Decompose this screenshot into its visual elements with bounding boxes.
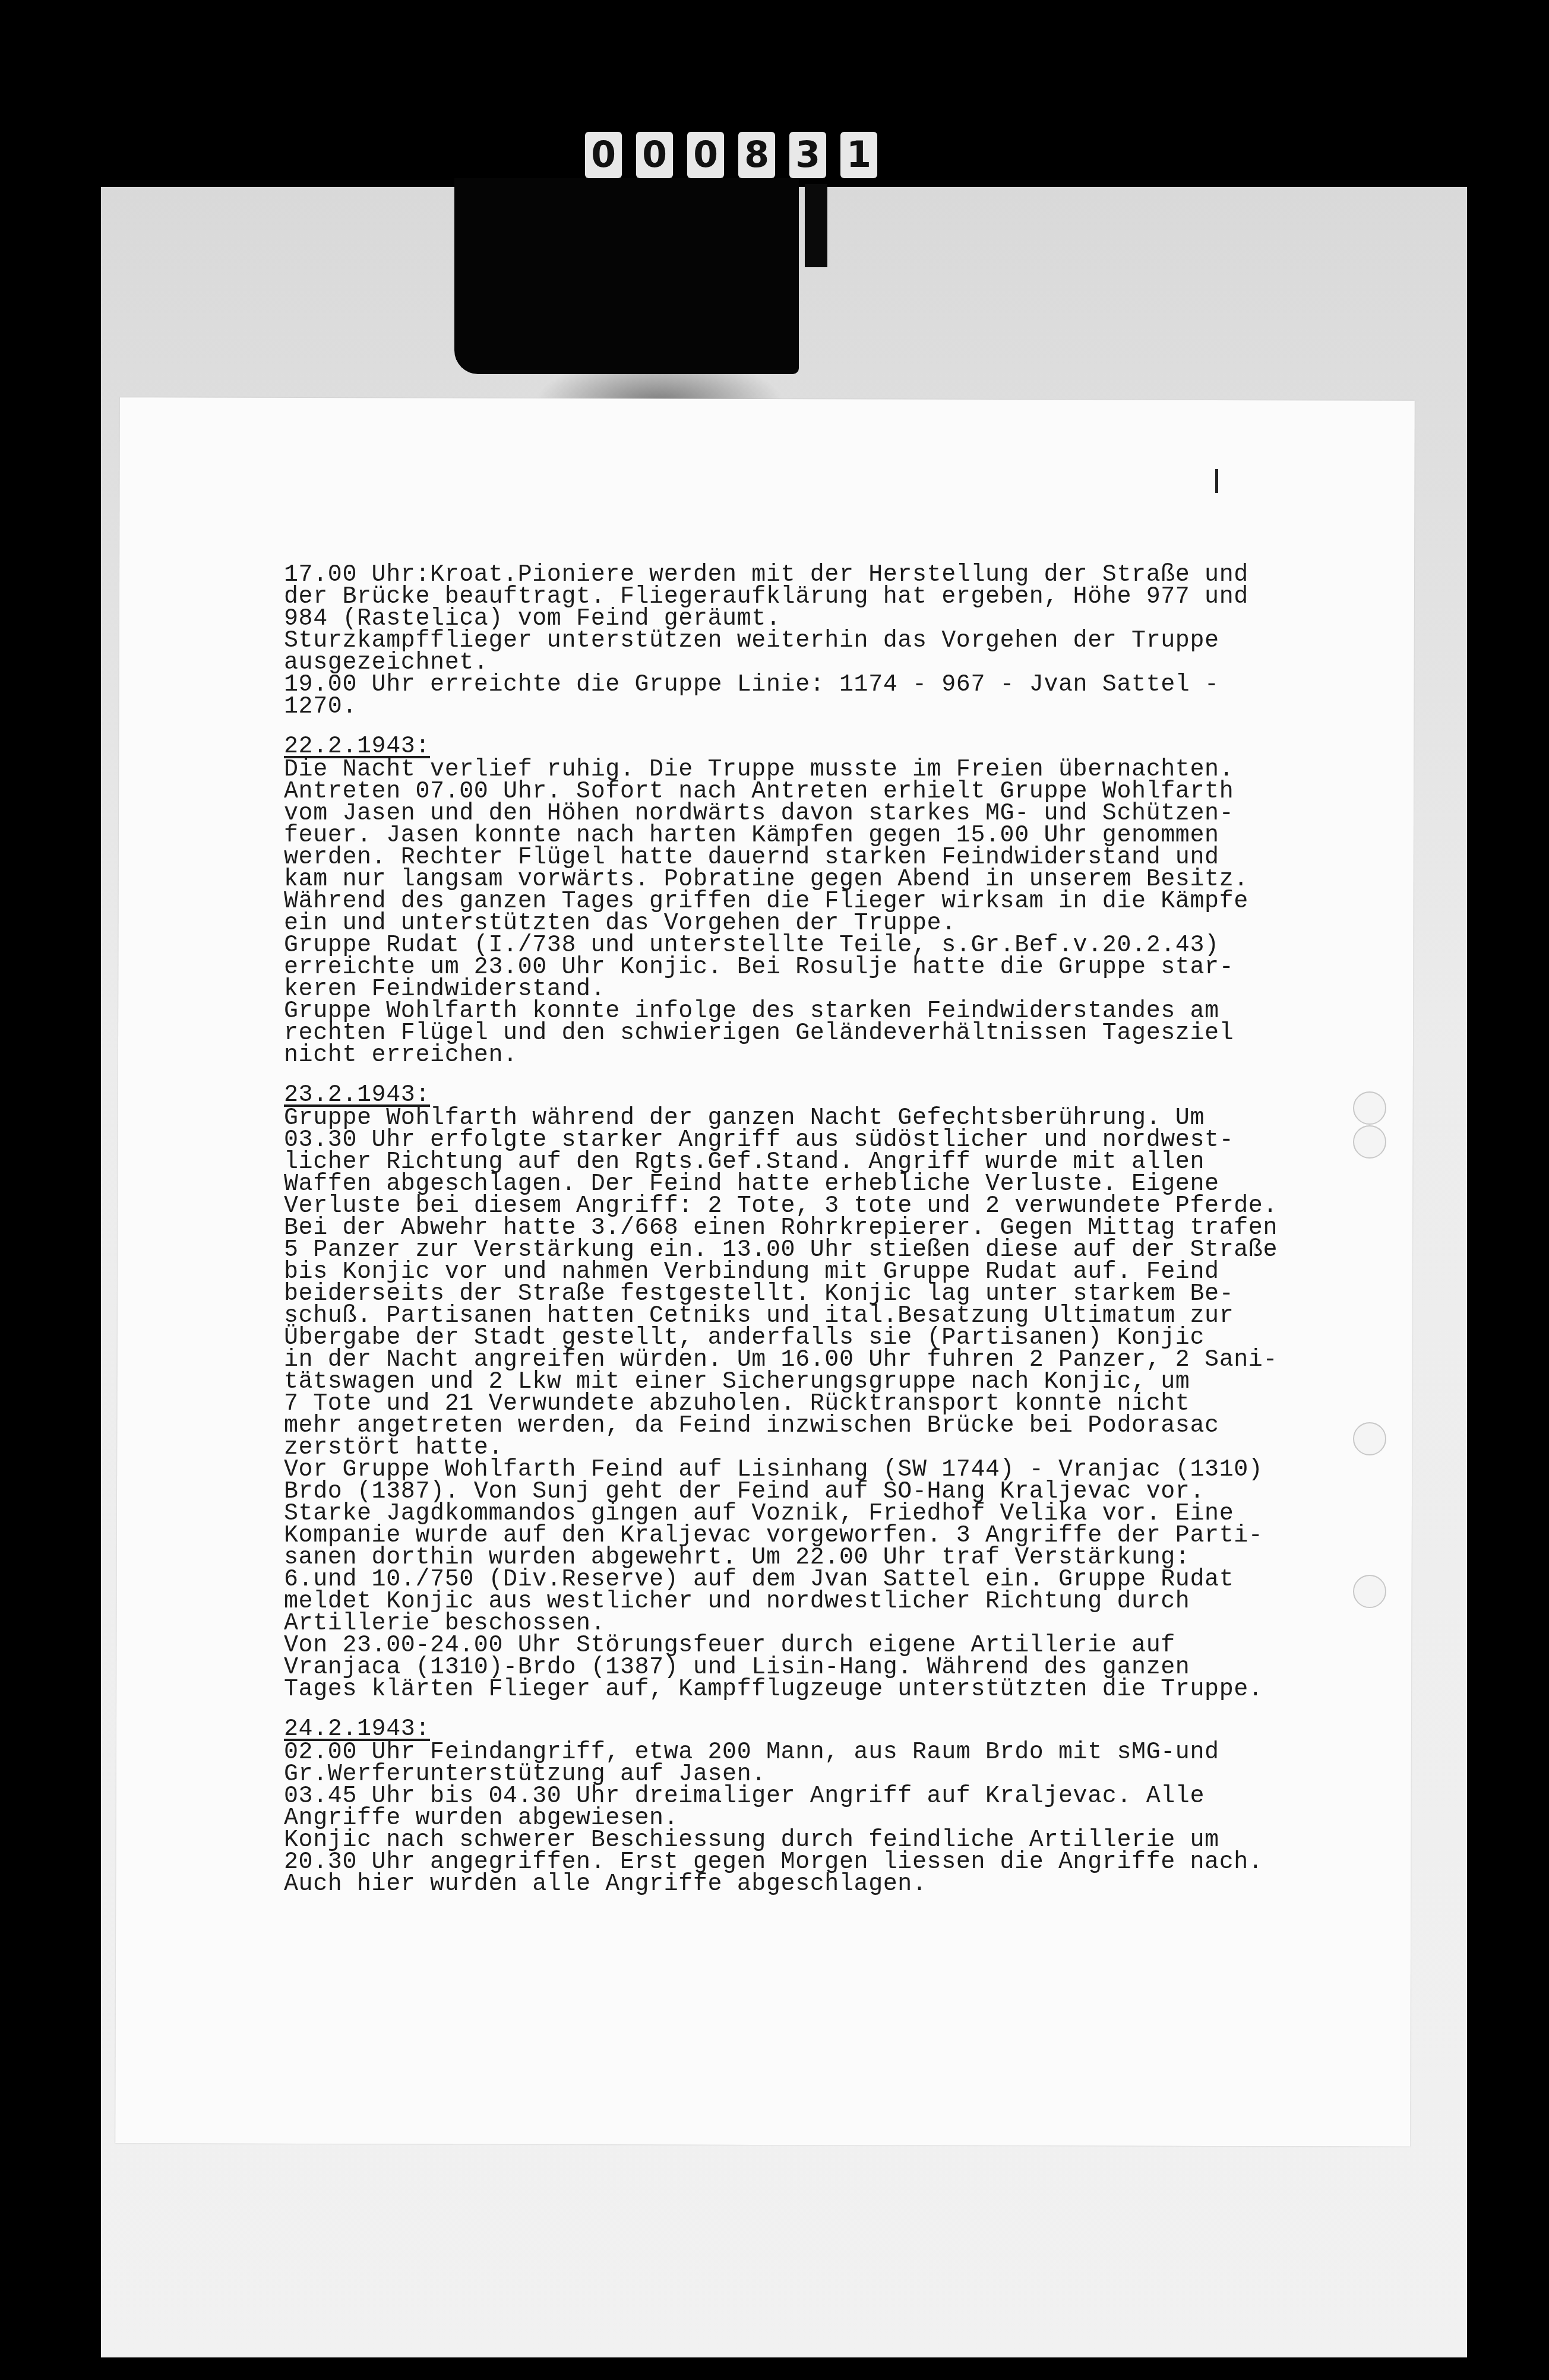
text-line: 03.45 Uhr bis 04.30 Uhr dreimaliger Angr… [284,1786,1412,1808]
document-body: 17.00 Uhr:Kroat.Pioniere werden mit der … [284,564,1412,1895]
text-line: 984 (Rastelica) vom Feind geräumt. [284,608,1412,630]
text-line: tätswagen und 2 Lkw mit einer Sicherungs… [284,1371,1412,1393]
text-line: Bei der Abwehr hatte 3./668 einen Rohrkr… [284,1217,1412,1239]
clip-bar [805,184,827,267]
text-line: der Brücke beauftragt. Fliegeraufklärung… [284,586,1412,608]
text-line: Von 23.00-24.00 Uhr Störungsfeuer durch … [284,1635,1412,1657]
text-line: Tages klärten Flieger auf, Kampfflugzeug… [284,1679,1412,1701]
counter-digit: 1 [840,132,877,178]
document-clip [454,178,799,374]
text-line: 6.und 10./750 (Div.Reserve) auf dem Jvan… [284,1569,1412,1591]
text-line: 02.00 Uhr Feindangriff, etwa 200 Mann, a… [284,1742,1412,1764]
text-line: Die Nacht verlief ruhig. Die Truppe muss… [284,759,1412,781]
text-line: 20.30 Uhr angegriffen. Erst gegen Morgen… [284,1852,1412,1873]
text-line: keren Feindwiderstand. [284,979,1412,1001]
text-line: bis Konjic vor und nahmen Verbindung mit… [284,1261,1412,1283]
text-line: mehr angetreten werden, da Feind inzwisc… [284,1415,1412,1437]
text-line: Auch hier wurden alle Angriffe abgeschla… [284,1873,1412,1895]
text-line: Sturzkampfflieger unterstützen weiterhin… [284,630,1412,652]
text-line: Gr.Werferunterstützung auf Jasen. [284,1764,1412,1786]
text-line: Konjic nach schwerer Beschiessung durch … [284,1830,1412,1852]
text-line: Vor Gruppe Wohlfarth Feind auf Lisinhang… [284,1459,1412,1481]
text-line: Brdo (1387). Von Sunj geht der Feind auf… [284,1481,1412,1503]
frame-counter: 0 0 0 8 3 1 [585,132,877,178]
text-line: Starke Jagdkommandos gingen auf Voznik, … [284,1503,1412,1525]
text-line: licher Richtung auf den Rgts.Gef.Stand. … [284,1151,1412,1173]
text-line: meldet Konjic aus westlicher und nordwes… [284,1591,1412,1613]
counter-digit: 0 [636,132,673,178]
text-line: kam nur langsam vorwärts. Pobratine gege… [284,869,1412,891]
counter-digit: 8 [738,132,775,178]
text-line: zerstört hatte. [284,1437,1412,1459]
text-line: erreichte um 23.00 Uhr Konjic. Bei Rosul… [284,957,1412,979]
text-line: Gruppe Wohlfarth konnte infolge des star… [284,1001,1412,1023]
text-line: Antreten 07.00 Uhr. Sofort nach Antreten… [284,781,1412,803]
text-line: Gruppe Rudat (I./738 und unterstellte Te… [284,935,1412,957]
text-line: sanen dorthin wurden abgewehrt. Um 22.00… [284,1547,1412,1569]
text-line: 7 Tote und 21 Verwundete abzuholen. Rück… [284,1393,1412,1415]
text-line: rechten Flügel und den schwierigen Gelän… [284,1023,1412,1045]
text-line: vom Jasen und den Höhen nordwärts davon … [284,803,1412,825]
counter-digit: 0 [687,132,724,178]
counter-digit: 0 [585,132,622,178]
text-line: 19.00 Uhr erreichte die Gruppe Linie: 11… [284,674,1412,696]
margin-mark [1215,469,1218,493]
text-line: 1270. [284,696,1412,718]
text-line: in der Nacht angreifen würden. Um 16.00 … [284,1349,1412,1371]
counter-digit: 3 [789,132,826,178]
text-line: ausgezeichnet. [284,652,1412,674]
text-line: Vranjaca (1310)-Brdo (1387) und Lisin-Ha… [284,1657,1412,1679]
text-line: nicht erreichen. [284,1045,1412,1066]
text-line: 03.30 Uhr erfolgte starker Angriff aus s… [284,1129,1412,1151]
text-line: ein und unterstützten das Vorgehen der T… [284,913,1412,935]
text-line: beiderseits der Straße festgestellt. Kon… [284,1283,1412,1305]
text-line: Übergabe der Stadt gestellt, anderfalls … [284,1327,1412,1349]
date-heading: 23.2.1943: [284,1084,430,1106]
text-line: Kompanie wurde auf den Kraljevac vorgewo… [284,1525,1412,1547]
text-line: 17.00 Uhr:Kroat.Pioniere werden mit der … [284,564,1412,586]
text-line: Verluste bei diesem Angriff: 2 Tote, 3 t… [284,1195,1412,1217]
date-heading: 22.2.1943: [284,736,430,758]
date-heading: 24.2.1943: [284,1718,430,1740]
text-line: Gruppe Wohlfarth während der ganzen Nach… [284,1107,1412,1129]
text-line: schuß. Partisanen hatten Cetniks und ita… [284,1305,1412,1327]
text-line: 5 Panzer zur Verstärkung ein. 13.00 Uhr … [284,1239,1412,1261]
text-line: Während des ganzen Tages griffen die Fli… [284,891,1412,913]
text-line: Artillerie beschossen. [284,1613,1412,1635]
text-line: Waffen abgeschlagen. Der Feind hatte erh… [284,1173,1412,1195]
text-line: feuer. Jasen konnte nach harten Kämpfen … [284,825,1412,847]
text-line: werden. Rechter Flügel hatte dauernd sta… [284,847,1412,869]
text-line: Angriffe wurden abgewiesen. [284,1808,1412,1830]
